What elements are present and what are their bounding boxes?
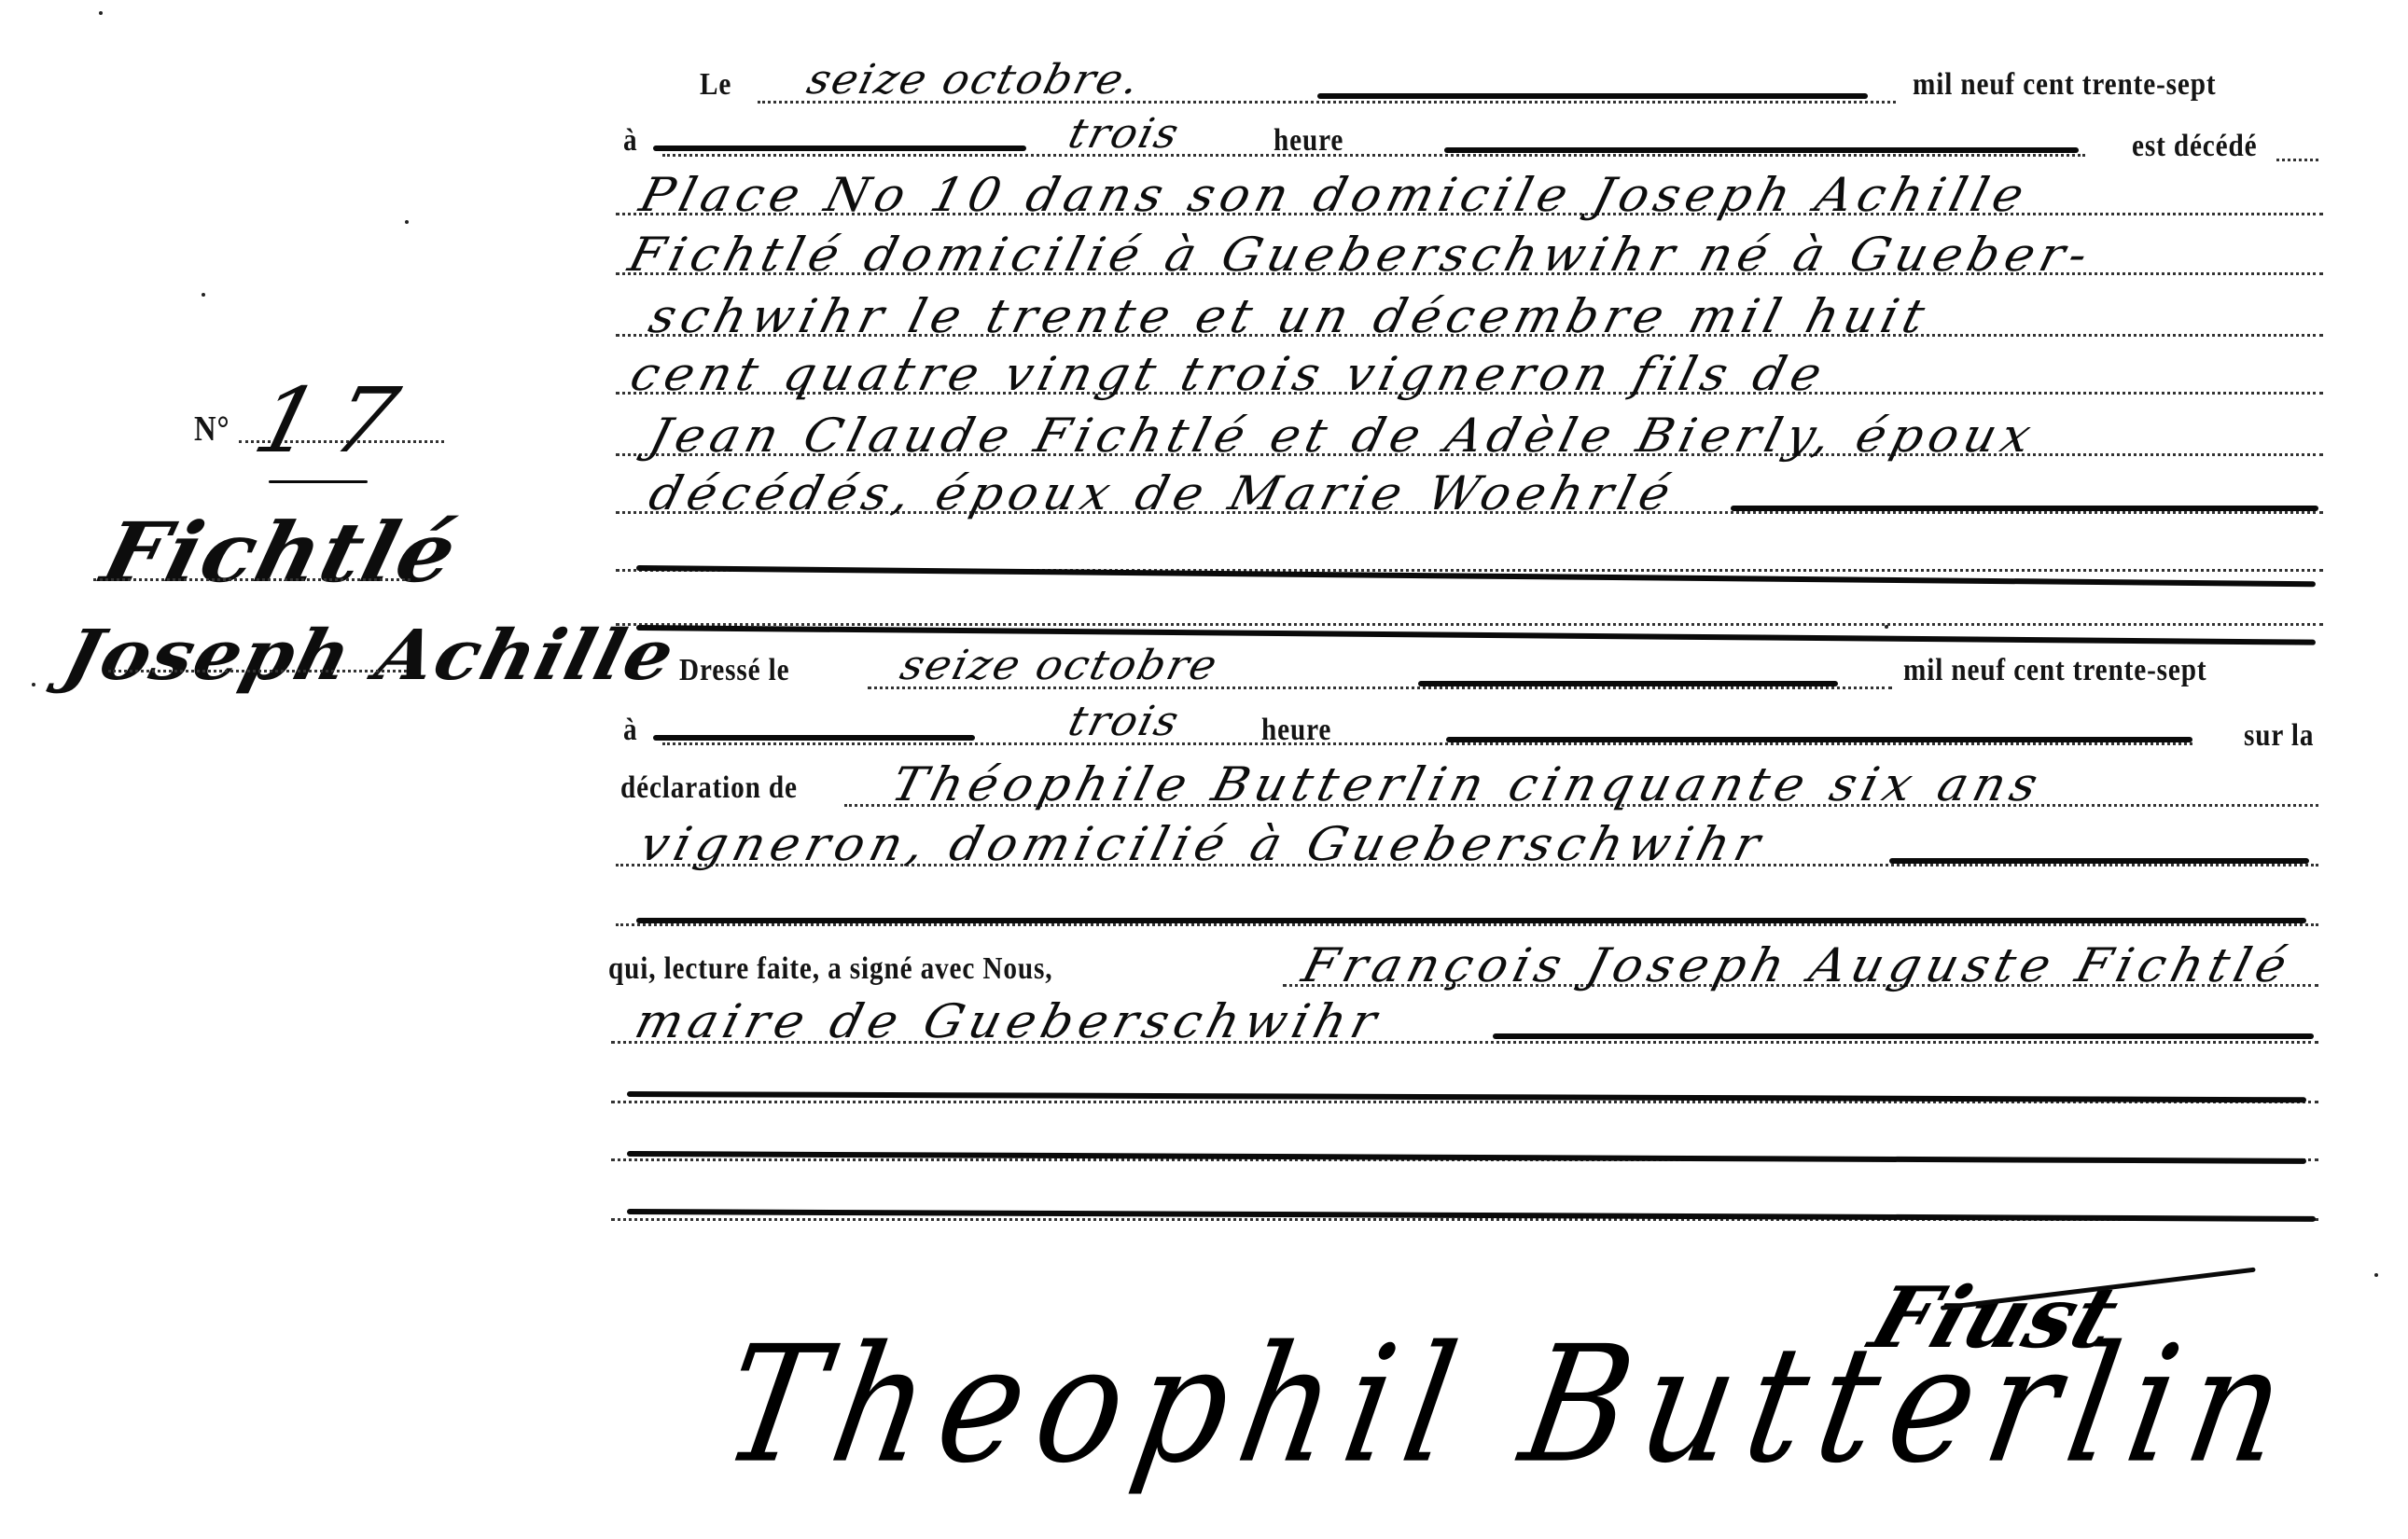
death-line-4: cent quatre vingt trois vigneron fils de	[625, 347, 1833, 401]
record-hour-strike-left	[653, 735, 975, 741]
declarant-strike-line-2	[1889, 858, 2309, 864]
officer-line-2: maire de Gueberschwihr	[630, 994, 1388, 1048]
death-line-3: schwihr le trente et un décembre mil hui…	[644, 289, 1936, 343]
hour-dotted-line	[662, 154, 2085, 157]
qui-lecture-label: qui, lecture faite, a signé avec Nous,	[608, 951, 1052, 987]
number-label: N°	[194, 409, 230, 450]
sur-la-label: sur la	[2244, 718, 2314, 754]
declarant-line-1: Théophile Butterlin cinquante six ans	[886, 757, 2049, 811]
record-date: seize octobre	[896, 642, 1223, 689]
heure-label: heure	[1274, 123, 1343, 159]
speck	[99, 11, 103, 15]
declaration-label: déclaration de	[620, 770, 798, 806]
death-date: seize octobre.	[802, 56, 1146, 104]
record-hour-dotted-line	[662, 742, 2192, 745]
date-strike-line	[1317, 93, 1868, 99]
surname-dotted-line	[93, 578, 411, 581]
record-date-strike-line	[1418, 681, 1838, 686]
speck	[405, 220, 409, 224]
blank-strike-line-2	[627, 1151, 2306, 1164]
speck	[202, 293, 205, 297]
est-decede-dots	[2276, 159, 2318, 161]
hour-strike-line-left	[653, 146, 1026, 151]
declarant-line-2: vigneron, domicilié à Gueberschwihr	[634, 817, 1771, 871]
officer-strike-line-2	[1493, 1033, 2314, 1039]
death-line-2: Fichtlé domicilié à Gueberschwihr né à G…	[623, 228, 2099, 282]
death-line-1: Place No 10 dans son domicile Joseph Ach…	[634, 168, 2035, 222]
death-line-5: Jean Claude Fichtlé et de Adèle Bierly, …	[644, 409, 2042, 463]
mayor-paraphe: Fiust	[1859, 1269, 2130, 1367]
number-underline	[269, 480, 368, 483]
body-dotted-line-8	[616, 623, 2323, 626]
speck	[2374, 1273, 2378, 1277]
given-names-dotted-line	[108, 670, 407, 672]
officer-line-1: François Joseph Auguste Fichtlé	[1297, 938, 2298, 992]
record-hour-strike-right	[1446, 737, 2192, 742]
hour-strike-line-right	[1444, 147, 2079, 153]
le-label: Le	[700, 67, 731, 103]
speck	[1885, 625, 1888, 629]
year-label: mil neuf cent trente-sept	[1913, 67, 2216, 103]
record-number: 17	[244, 368, 425, 473]
death-line-6: décédés, époux de Marie Woehrlé	[644, 466, 1681, 520]
speck	[32, 683, 35, 686]
declarant-strike-line-3	[636, 918, 2306, 923]
record-year-label: mil neuf cent trente-sept	[1903, 653, 2206, 688]
deceased-given-names: Joseph Achille	[56, 616, 684, 696]
record-heure-label: heure	[1261, 713, 1331, 748]
body-strike-line-6	[1731, 506, 2318, 511]
deceased-surname: Fichtlé	[93, 504, 467, 601]
record-hour: trois	[1064, 698, 1185, 745]
record-a-label: à	[623, 713, 637, 748]
dresse-label: Dressé le	[679, 653, 789, 688]
death-hour: trois	[1064, 110, 1185, 158]
body-strike-line-8	[636, 625, 2316, 645]
a-label: à	[623, 123, 637, 159]
declarant-dotted-line-3	[616, 923, 2318, 926]
est-decede-label: est décédé	[2132, 129, 2257, 164]
